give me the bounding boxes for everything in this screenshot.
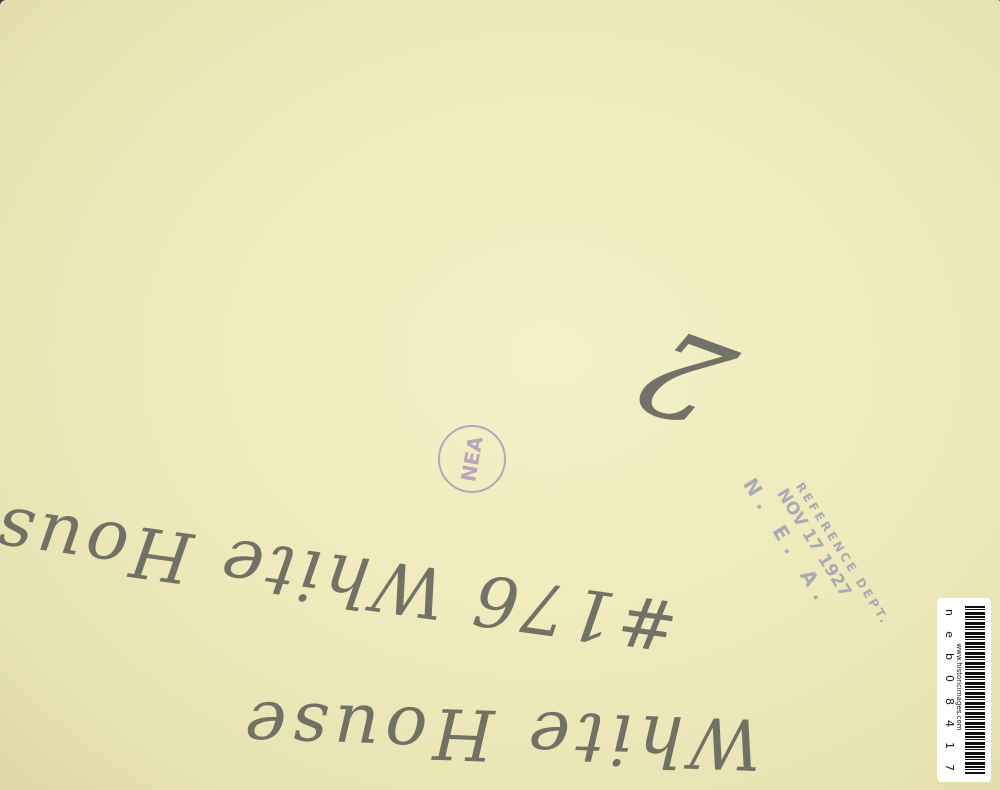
- barcode-bars: [965, 606, 985, 774]
- barcode-label: n e b 0 8 4 1 7 www.historicimages.com: [937, 598, 991, 782]
- reference-dept-stamp: REFERENCE DEPT. NOV 17 1927 N. E. A.: [754, 480, 906, 673]
- barcode-url: www.historicimages.com: [954, 603, 964, 771]
- handwritten-number: 2: [610, 302, 761, 447]
- nea-logo-stamp: NEA: [438, 425, 506, 493]
- photo-back-sheet: 2 NEA REFERENCE DEPT. NOV 17 1927 N. E. …: [0, 0, 1000, 790]
- nea-logo-text: NEA: [456, 434, 488, 483]
- handwritten-caption-line-1: #176 White House: [6, 484, 683, 676]
- handwritten-caption-line-2: White House: [218, 675, 781, 790]
